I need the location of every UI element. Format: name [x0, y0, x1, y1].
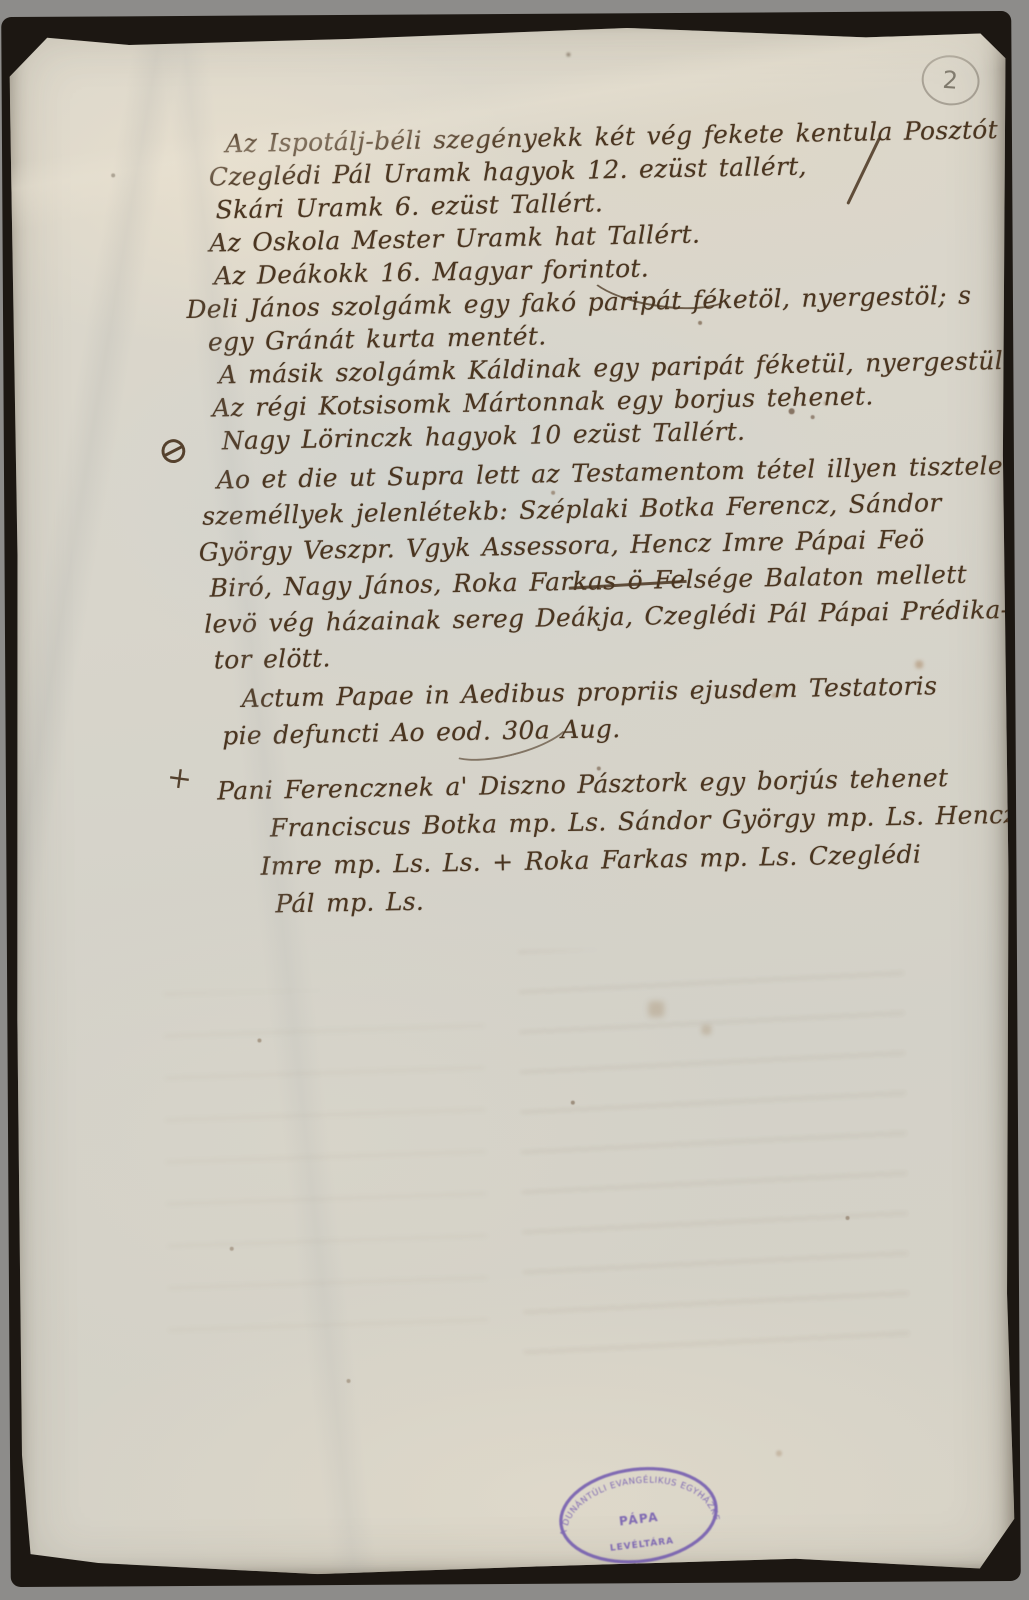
addendum-signatures-block: Pani Ferencznek a' Diszno Pásztork egy b… [195, 758, 1019, 925]
witness-clause-block: Ao et die ut Supra lett az Testamentom t… [189, 447, 1029, 679]
verso-bleed-through-right [518, 945, 909, 1371]
bequest-list-block: Az Ispotálj-béli szegényekk két vég feke… [183, 113, 1013, 458]
stamp-place-text: PÁPA [618, 1509, 659, 1529]
stamp-archive-text: LEVÉLTÁRA [609, 1534, 675, 1554]
verso-bleed-through-left [164, 988, 489, 1353]
manuscript-paper: 2 Az Ispotálj-béli szegényekk két vég fe… [9, 21, 1014, 1579]
actum-clause-block: Actum Papae in Aedibus propriis ejusdem … [193, 667, 938, 755]
pencil-page-number-circle: 2 [919, 52, 983, 109]
scanned-document-page: 2 Az Ispotálj-béli szegényekk két vég fe… [0, 0, 1029, 1600]
page-number: 2 [942, 66, 959, 95]
cross-margin-mark: + [165, 760, 195, 798]
